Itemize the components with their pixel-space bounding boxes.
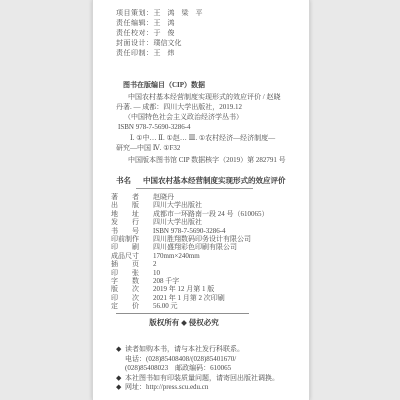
cip-header: 图书在版编目（CIP）数据 — [123, 80, 205, 90]
detail-label: 发 行 — [111, 218, 140, 226]
detail-label: 书 号 — [111, 227, 140, 235]
credit-line: 责任校对：于 俊 — [116, 28, 203, 38]
detail-row: 书 号ISBN 978-7-5690-3286-4 — [111, 227, 269, 235]
detail-label: 版 次 — [111, 285, 140, 293]
detail-label: 印 张 — [111, 269, 140, 277]
credit-line: 责任编辑：王 鸿 — [116, 18, 203, 28]
credit-value: 王 炜 — [154, 49, 175, 57]
credit-label: 封面设计： — [116, 39, 154, 47]
detail-value: ISBN 978-7-5690-3286-4 — [153, 227, 226, 235]
note-text: 电话：(028)85408408/(028)85401670/ — [125, 355, 236, 363]
detail-value: 四川胜翔数码印务设计有限公司 — [153, 235, 251, 243]
cip-description: 中国农村基本经营制度实现形式的效应评价 / 赵晓 丹著. — 成都：四川大学出版… — [116, 92, 288, 132]
cip-line: 丹著. — 成都：四川大学出版社，2019.12 — [116, 102, 288, 112]
detail-row: 印 张10 — [111, 269, 269, 277]
credit-value: 王 鸿 — [154, 19, 175, 27]
credit-value: 璞信文化 — [154, 39, 182, 47]
credit-value: 于 俊 — [154, 29, 175, 37]
detail-value: 170mm×240mm — [153, 252, 200, 260]
copyright-divider — [116, 313, 249, 314]
credit-label: 责任印制： — [116, 49, 154, 57]
cip-class-line: 研究—中国 Ⅳ. ①F32 — [116, 143, 288, 153]
detail-row: 版 次2019 年 12 月第 1 版 — [111, 285, 269, 293]
detail-value: 2 — [153, 260, 157, 268]
detail-label: 插 页 — [111, 260, 140, 268]
cip-record-number: 中国版本图书馆 CIP 数据核字（2019）第 282791 号 — [128, 155, 286, 165]
credit-line: 责任印制：王 炜 — [116, 48, 203, 58]
credit-label: 责任编辑： — [116, 19, 154, 27]
detail-value: 56.00 元 — [153, 302, 178, 310]
detail-row: 定 价56.00 元 — [111, 302, 269, 310]
book-title-value: 中国农村基本经营制度实现形式的效应评价 — [143, 176, 286, 185]
note-text: 网址：http://press.scu.edu.cn — [125, 383, 208, 391]
cip-series: （中国特色社会主义政治经济学丛书） — [116, 112, 288, 122]
staff-credits: 项目策划：王 鸿 梁 平 责任编辑：王 鸿 责任校对：于 俊 封面设计：璞信文化… — [116, 8, 203, 58]
publication-details: 著 者赵晓丹 出 版四川大学出版社 地 址成都市一环路南一段 24 号（6100… — [111, 193, 269, 311]
credit-line: 项目策划：王 鸿 梁 平 — [116, 8, 203, 18]
detail-value: 四川大学出版社 — [153, 218, 202, 226]
diamond-bullet-icon: ◆ — [116, 345, 125, 355]
book-title-label: 书名 — [116, 176, 131, 185]
cip-class-line: Ⅰ. ①中… Ⅱ. ①赵… Ⅲ. ①农村经济—经济制度— — [116, 133, 288, 143]
detail-label: 地 址 — [111, 210, 140, 218]
detail-row: 地 址成都市一环路南一段 24 号（610065） — [111, 210, 269, 218]
note-line: (028)85408023 邮政编码：610065 — [116, 364, 292, 374]
detail-row: 成品尺寸170mm×240mm — [111, 252, 269, 260]
note-line: ◆读者如购本书，请与本社发行科联系。 — [116, 345, 292, 355]
scan-background: 项目策划：王 鸿 梁 平 责任编辑：王 鸿 责任校对：于 俊 封面设计：璞信文化… — [0, 0, 400, 400]
detail-value: 赵晓丹 — [153, 193, 174, 201]
detail-label: 定 价 — [111, 302, 140, 310]
title-underline — [136, 188, 253, 189]
detail-value: 四川盛翔彩色印刷有限公司 — [153, 243, 237, 251]
detail-label: 印 刷 — [111, 243, 140, 251]
book-colophon-page: 项目策划：王 鸿 梁 平 责任编辑：王 鸿 责任校对：于 俊 封面设计：璞信文化… — [92, 0, 310, 400]
credit-value: 王 鸿 梁 平 — [154, 9, 203, 17]
credit-line: 封面设计：璞信文化 — [116, 38, 203, 48]
diamond-bullet-icon: ◆ — [116, 383, 125, 393]
credit-label: 项目策划： — [116, 9, 154, 17]
publisher-notes: ◆读者如购本书，请与本社发行科联系。 电话：(028)85408408/(028… — [116, 345, 292, 393]
book-title-row: 书名中国农村基本经营制度实现形式的效应评价 — [116, 175, 286, 186]
note-text: 读者如购本书，请与本社发行科联系。 — [125, 345, 244, 353]
copyright-notice: 版权所有 ◆ 侵权必究 — [93, 317, 275, 328]
note-line: ◆本社图书如有印装质量问题，请寄回出版社调换。 — [116, 374, 292, 384]
cip-isbn: ISBN 978-7-5690-3286-4 — [116, 122, 288, 132]
detail-row: 印 刷四川盛翔彩色印刷有限公司 — [111, 243, 269, 251]
diamond-bullet-icon: ◆ — [116, 374, 125, 384]
cip-classification: Ⅰ. ①中… Ⅱ. ①赵… Ⅲ. ①农村经济—经济制度— 研究—中国 Ⅳ. ①F… — [116, 133, 288, 153]
detail-row: 发 行四川大学出版社 — [111, 218, 269, 226]
cip-line: 中国农村基本经营制度实现形式的效应评价 / 赵晓 — [116, 92, 288, 102]
detail-row: 出 版四川大学出版社 — [111, 201, 269, 209]
note-text: 本社图书如有印装质量问题，请寄回出版社调换。 — [125, 374, 279, 382]
detail-label: 出 版 — [111, 201, 140, 209]
detail-value: 208 千字 — [153, 277, 179, 285]
detail-value: 10 — [153, 269, 160, 277]
detail-value: 四川大学出版社 — [153, 201, 202, 209]
detail-row: 插 页2 — [111, 260, 269, 268]
note-line: ◆网址：http://press.scu.edu.cn — [116, 383, 292, 393]
detail-value: 成都市一环路南一段 24 号（610065） — [153, 210, 269, 218]
detail-value: 2021 年 1 月第 2 次印刷 — [153, 294, 225, 302]
note-line: 电话：(028)85408408/(028)85401670/ — [116, 355, 292, 365]
note-text: (028)85408023 邮政编码：610065 — [125, 364, 231, 372]
credit-label: 责任校对： — [116, 29, 154, 37]
detail-label: 成品尺寸 — [111, 252, 140, 260]
detail-value: 2019 年 12 月第 1 版 — [153, 285, 214, 293]
